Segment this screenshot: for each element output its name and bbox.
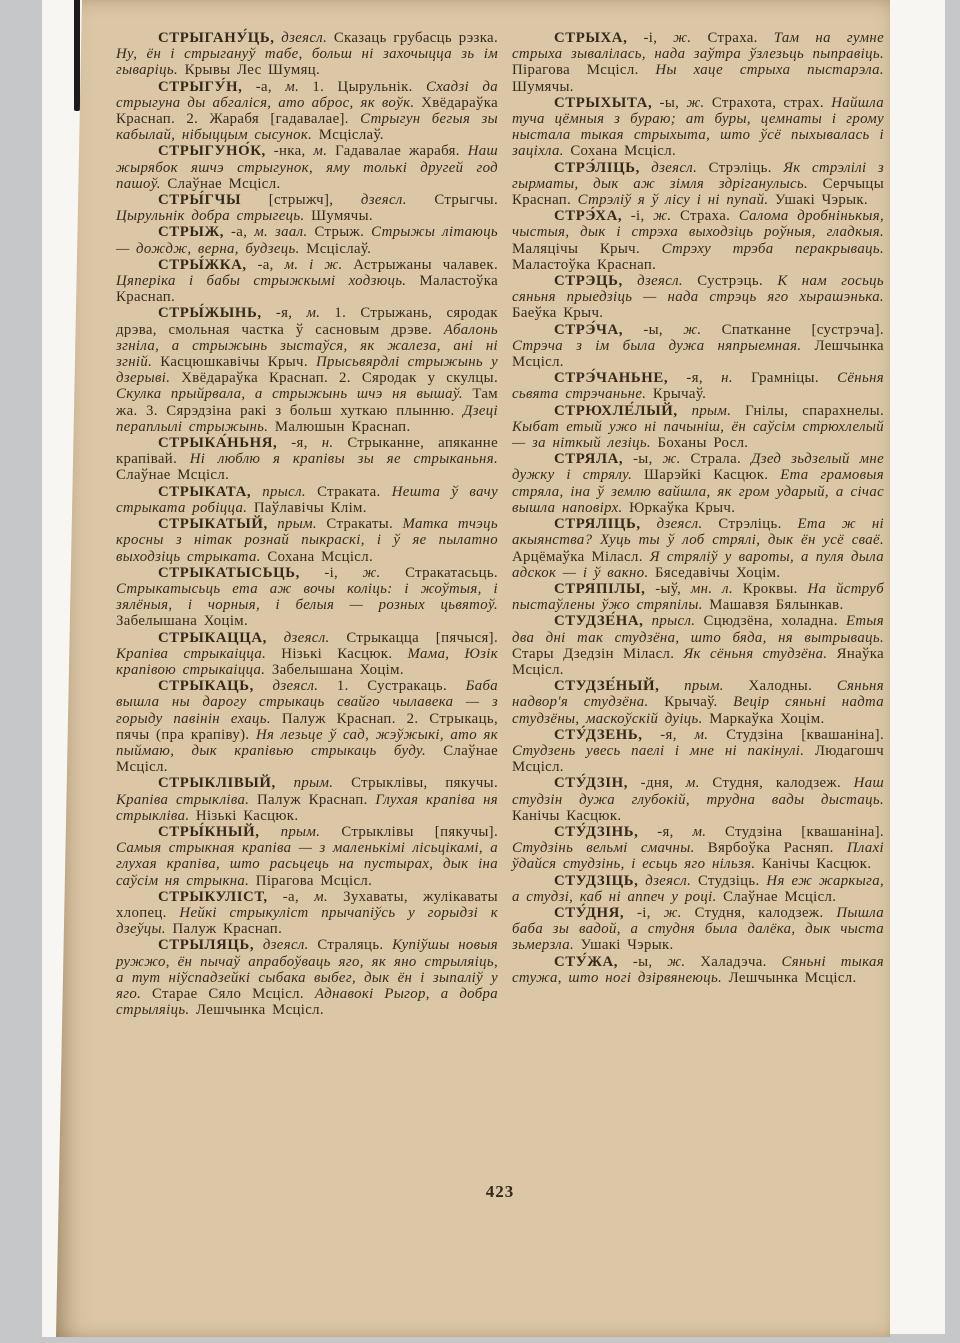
- entry-headword: СТРЫГУНО́К,: [158, 143, 266, 159]
- dictionary-entry: СТРЮХЛЕ́ЛЫЙ, прым. Гнілы, спарахнелы. Кы…: [512, 403, 884, 452]
- entry-run: Сказаць грубасць рэзка.: [327, 30, 498, 46]
- dictionary-entry: СТРЫКЛІВЫЙ, прым. Стрыклівы, пякучы. Кра…: [116, 775, 498, 824]
- entry-run: Мсціслаў.: [312, 127, 384, 143]
- dictionary-entry: СТРЭ́ЛІЦЬ, дзеясл. Стрэліць. Як стрэлілі…: [512, 160, 884, 209]
- entry-run: Страха.: [671, 208, 730, 224]
- entry-run: Ушакі Чэрык.: [768, 192, 868, 208]
- dictionary-column-right: СТРЫХА, -і, ж. Страха. Там на гумне стры…: [512, 30, 884, 986]
- entry-headword: СТУ́ДЗІНЬ,: [554, 824, 638, 840]
- entry-run: Студня, калодзеж.: [682, 905, 824, 921]
- dictionary-entry: СТРЫКА́НЬНЯ, -я, н. Стрыканне, апяканне …: [116, 435, 498, 484]
- entry-headword: СТРЫКАТЫСЬЦЬ,: [158, 565, 300, 581]
- dictionary-entry: СТУ́ДЗЕНЬ, -я, м. Студзіна [квашаніна]. …: [512, 727, 884, 776]
- entry-headword: СТРЫКУЛІСТ,: [158, 889, 268, 905]
- entry-run: Забелышана Хоцім.: [116, 613, 248, 629]
- entry-headword: СТРЫКЛІВЫЙ,: [158, 775, 276, 791]
- entry-run: м. і ж.: [274, 257, 343, 273]
- dictionary-entry: СТРЭ́ЧАНЬНЕ, -я, н. Грамніцы. Сёньня сьв…: [512, 370, 884, 402]
- entry-headword: СТРЫ́ЖКА,: [158, 257, 247, 273]
- spine-shadow-mark: [74, 0, 80, 111]
- entry-run: Спатканне [сустрэча].: [701, 322, 884, 338]
- entry-run: Слаўнае Мсцісл.: [161, 176, 281, 192]
- entry-run: 1. Сустракаць.: [318, 678, 447, 694]
- entry-run: дзеясл.: [254, 937, 309, 953]
- entry-run: Гадавалае жарабя.: [327, 143, 460, 159]
- entry-run: прым.: [268, 516, 317, 532]
- entry-run: Маляцічы Крыч.: [512, 241, 640, 257]
- entry-run: Студзіна [квашаніна].: [706, 824, 884, 840]
- dictionary-entry: СТУДЗЕ́НА, прысл. Сцюдзёна, холадна. Еты…: [512, 613, 884, 678]
- entry-run: -я,: [668, 370, 703, 386]
- entry-run: ж.: [663, 322, 701, 338]
- entry-run: Баеўка Крыч.: [512, 305, 603, 321]
- entry-run: м.: [674, 824, 707, 840]
- entry-run: -я,: [638, 824, 673, 840]
- entry-run: Стрэліць.: [697, 160, 772, 176]
- scanned-book-photo: СТРЫГАНУ́ЦЬ, дзеясл. Сказаць грубасць рэ…: [0, 0, 960, 1343]
- entry-run: м. заал.: [247, 224, 307, 240]
- entry-run: мн. л.: [681, 581, 733, 597]
- entry-headword: СТУДЗЕ́НЫЙ,: [554, 678, 659, 694]
- entry-headword: СТРЫХА,: [554, 30, 627, 46]
- entry-run: Палуж Краснап.: [249, 792, 367, 808]
- dictionary-entry: СТРЫГАНУ́ЦЬ, дзеясл. Сказаць грубасць рэ…: [116, 30, 498, 79]
- entry-headword: СТРЫКАЦЬ,: [158, 678, 254, 694]
- entry-run: прысл.: [251, 484, 306, 500]
- entry-run: Паўлавічы Клім.: [247, 500, 367, 516]
- dictionary-entry: СТУ́ДЗІН, -дня, м. Студня, калодзеж. Наш…: [512, 775, 884, 824]
- entry-headword: СТУДЗЕ́НА,: [554, 613, 643, 629]
- entry-headword: СТРЭЦЬ,: [554, 273, 623, 289]
- dictionary-entry: СТРЯЛА, -ы, ж. Страла. Дзед зьдзелый мне…: [512, 451, 884, 516]
- entry-run: -я,: [262, 305, 293, 321]
- entry-run: -а,: [247, 257, 274, 273]
- entry-headword: СТУ́ДЗІН,: [554, 775, 628, 791]
- dictionary-entry: СТРЫКАЦЦА, дзеясл. Стрыкацца [пячыся]. К…: [116, 630, 498, 679]
- entry-run: Страляць.: [309, 937, 384, 953]
- entry-run: Страхота, страх.: [705, 95, 824, 111]
- entry-headword: СТРЫГАНУ́ЦЬ,: [158, 30, 275, 46]
- entry-run: Мсціслаў.: [300, 241, 372, 257]
- entry-run: Стрыкатысьць ета аж вочы коліць: і жоўты…: [116, 581, 498, 613]
- dictionary-entry: СТРЭ́ХА, -і, ж. Страха. Салома дробніньк…: [512, 208, 884, 273]
- entry-run: -я,: [643, 727, 677, 743]
- entry-run: -я,: [277, 435, 307, 451]
- entry-run: Юркаўка Крыч.: [623, 500, 736, 516]
- entry-run: дзеясл.: [640, 160, 697, 176]
- dictionary-entry: СТРЭ́ЧА, -ы, ж. Спатканне [сустрэча]. Ст…: [512, 322, 884, 371]
- entry-run: Маркаўка Хоцім.: [703, 711, 825, 727]
- entry-run: прым.: [260, 824, 321, 840]
- entry-headword: СТРЫХЫТА,: [554, 95, 652, 111]
- entry-run: Крывы Лес Шумяц.: [178, 62, 320, 78]
- entry-run: Страха.: [691, 30, 757, 46]
- dictionary-entry: СТРЫКАТЫЙ, прым. Стракаты. Матка тчэць к…: [116, 516, 498, 565]
- entry-run: [стрыжч],: [241, 192, 333, 208]
- entry-run: дзеясл.: [267, 630, 330, 646]
- entry-headword: СТРЫ́КНЫЙ,: [158, 824, 260, 840]
- entry-run: -і,: [624, 905, 651, 921]
- entry-run: ж.: [651, 905, 682, 921]
- entry-run: Страката.: [306, 484, 381, 500]
- entry-run: -ы,: [623, 451, 653, 467]
- entry-run: дзеясл.: [254, 678, 318, 694]
- dictionary-entry: СТРЫ́КНЫЙ, прым. Стрыклівы [пякучы]. Сам…: [116, 824, 498, 889]
- entry-run: Шумячы.: [305, 208, 373, 224]
- entry-headword: СТРЭ́ЧА,: [554, 322, 623, 338]
- entry-run: Стрыкацца [пячыся].: [330, 630, 498, 646]
- entry-run: Стрыж.: [308, 224, 365, 240]
- entry-run: Ні люблю я крапівы зы яе стрыканьня.: [177, 451, 498, 467]
- entry-run: м.: [677, 727, 709, 743]
- entry-headword: СТРЫЛЯЦЬ,: [158, 937, 254, 953]
- entry-headword: СТРЫ́ГЧЫ: [158, 192, 241, 208]
- entry-run: -і,: [622, 208, 644, 224]
- entry-run: дзеясл.: [333, 192, 406, 208]
- entry-run: -а,: [242, 79, 272, 95]
- entry-run: Халодны.: [724, 678, 812, 694]
- entry-run: Астрыжаны чалавек.: [343, 257, 498, 273]
- entry-run: м.: [299, 889, 328, 905]
- entry-run: Сцюдзёна, холадна.: [695, 613, 837, 629]
- entry-run: Хвёдараўка Краснап. 2. Сяродак у скулцы.: [170, 370, 498, 386]
- entry-run: Лешчынка Мсцісл.: [722, 970, 856, 986]
- entry-headword: СТРЭ́ХА,: [554, 208, 622, 224]
- dictionary-entry: СТРЫ́ГЧЫ [стрыжч], дзеясл. Стрыгчы. Цыру…: [116, 192, 498, 224]
- dictionary-entry: СТРЫКАТЫСЬЦЬ, -і, ж. Стракатасьць. Стрык…: [116, 565, 498, 630]
- dictionary-entry: СТРЫГУНО́К, -нка, м. Гадавалае жарабя. Н…: [116, 143, 498, 192]
- entry-run: дзеясл.: [641, 516, 703, 532]
- entry-run: Крычаў.: [649, 694, 718, 710]
- entry-run: м.: [272, 79, 299, 95]
- entry-run: -ы,: [652, 95, 679, 111]
- entry-run: Канічы Касцюк.: [755, 856, 871, 872]
- entry-run: Сохана Мсцісл.: [564, 143, 676, 159]
- entry-run: Старае Сяло Мсцісл.: [141, 986, 304, 1002]
- entry-run: Шарэйкі Касцюк.: [632, 467, 768, 483]
- entry-run: Маластоўка Краснап.: [512, 257, 656, 273]
- entry-run: Машавзя Бялынкав.: [703, 597, 844, 613]
- entry-run: Бяседавічы Хоцім.: [649, 565, 781, 581]
- entry-run: Сустрэць.: [683, 273, 763, 289]
- entry-headword: СТРЯЛА,: [554, 451, 623, 467]
- entry-run: ж.: [657, 30, 691, 46]
- entry-run: Крапіва стрыкаіцца.: [116, 646, 266, 662]
- entry-run: Кроквы.: [733, 581, 798, 597]
- entry-run: Стракаты.: [317, 516, 393, 532]
- entry-run: -ы,: [618, 954, 652, 970]
- page-number: 423: [116, 1182, 884, 1202]
- dictionary-entry: СТРЫЖ, -а, м. заал. Стрыж. Стрыжы літаюц…: [116, 224, 498, 256]
- entry-run: Боханы Росл.: [651, 435, 748, 451]
- entry-run: 1. Цырульнік.: [299, 79, 413, 95]
- entry-run: -а,: [224, 224, 247, 240]
- entry-run: Цырульнік добра стрыгець.: [116, 208, 305, 224]
- dictionary-entry: СТРЫ́ЖКА, -а, м. і ж. Астрыжаны чалавек.…: [116, 257, 498, 306]
- entry-run: Забелышана Хоцім.: [265, 662, 404, 678]
- entry-headword: СТРЭ́ЛІЦЬ,: [554, 160, 640, 176]
- entry-run: Слаўнае Мсцісл.: [717, 889, 837, 905]
- entry-run: Студзіць.: [691, 873, 759, 889]
- entry-run: Крапіва стрыкліва.: [116, 792, 249, 808]
- entry-run: Гнілы, спарахнелы.: [731, 403, 884, 419]
- entry-headword: СТРЫКАТЫЙ,: [158, 516, 268, 532]
- entry-run: прым.: [659, 678, 723, 694]
- entry-run: Як сёньня студзёна.: [674, 646, 827, 662]
- entry-headword: СТРЫКАЦЦА,: [158, 630, 267, 646]
- entry-headword: СТУ́ЖА,: [554, 954, 618, 970]
- entry-run: Касцюшкавічы Крыч.: [152, 354, 308, 370]
- dictionary-entry: СТУДЗЕ́НЫЙ, прым. Халодны. Сяньня надвор…: [512, 678, 884, 727]
- entry-run: Канічы Касцюк.: [512, 808, 621, 824]
- dictionary-entry: СТРЫХЫТА, -ы, ж. Страхота, страх. Найшла…: [512, 95, 884, 160]
- dictionary-entry: СТРЯПІЛЫ, -ыў, мн. л. Кроквы. На йструб …: [512, 581, 884, 613]
- entry-run: -дня,: [628, 775, 673, 791]
- entry-run: Цяперіка і бабы стрыжкымі ходзюць.: [116, 273, 406, 289]
- entry-run: Стары Дзедзін Міласл.: [512, 646, 674, 662]
- entry-run: м.: [292, 305, 320, 321]
- entry-run: ж.: [645, 208, 672, 224]
- entry-run: м.: [673, 775, 699, 791]
- entry-run: Пірагова Мсцісл.: [249, 873, 372, 889]
- entry-run: Сохана Мсцісл.: [261, 549, 373, 565]
- two-column-layout: СТРЫГАНУ́ЦЬ, дзеясл. Сказаць грубасць рэ…: [116, 30, 884, 1018]
- entry-headword: СТУДЗІЦЬ,: [554, 873, 638, 889]
- entry-run: Студзень увесь паелі і мне ні пакінулі.: [512, 743, 804, 759]
- dictionary-text-block: СТРЫГАНУ́ЦЬ, дзеясл. Сказаць грубасць рэ…: [116, 30, 884, 1018]
- entry-run: прым.: [276, 775, 333, 791]
- entry-run: -ыў,: [645, 581, 681, 597]
- entry-headword: СТРЫЖ,: [158, 224, 224, 240]
- dictionary-entry: СТУ́ДЗІНЬ, -я, м. Студзіна [квашаніна]. …: [512, 824, 884, 873]
- entry-run: Стрэліць.: [703, 516, 782, 532]
- dictionary-entry: СТРЫКАЦЬ, дзеясл. 1. Сустракаць. Баба вы…: [116, 678, 498, 775]
- entry-run: м.: [306, 143, 328, 159]
- entry-run: -і,: [300, 565, 338, 581]
- entry-run: дзеясл.: [638, 873, 691, 889]
- entry-run: Вярбоўка Расняп.: [695, 840, 834, 856]
- entry-run: Ушакі Чэрык.: [574, 937, 674, 953]
- entry-run: ж.: [653, 451, 681, 467]
- entry-headword: СТРЯЛІЦЬ,: [554, 516, 641, 532]
- entry-run: -нка,: [266, 143, 306, 159]
- dictionary-entry: СТРЫГУ́Н, -а, м. 1. Цырульнік. Схадзі да…: [116, 79, 498, 144]
- entry-run: Стрыгчы.: [407, 192, 498, 208]
- dictionary-entry: СТУ́ЖА, -ы, ж. Халадэча. Сяньні тыкая ст…: [512, 954, 884, 986]
- entry-run: Нізькі Касцюк.: [266, 646, 392, 662]
- entry-run: Арцёмаўка Міласл.: [512, 549, 643, 565]
- entry-run: ж.: [652, 954, 685, 970]
- entry-run: Лешчынка Мсцісл.: [189, 1002, 323, 1018]
- entry-headword: СТРЫГУ́Н,: [158, 79, 242, 95]
- entry-run: Стрэча з ім была дужа няпрыемная.: [512, 338, 801, 354]
- entry-run: Малюшын Краснап.: [268, 419, 410, 435]
- entry-run: Стракатасьць.: [381, 565, 498, 581]
- dictionary-column-left: СТРЫГАНУ́ЦЬ, дзеясл. Сказаць грубасць рэ…: [116, 30, 498, 1018]
- entry-headword: СТРЫКА́НЬНЯ,: [158, 435, 277, 451]
- entry-run: Грамніцы.: [733, 370, 819, 386]
- entry-run: Ны хаце стрыха пыстарэла.: [639, 62, 884, 78]
- entry-run: Халадэча.: [685, 954, 766, 970]
- entry-run: Студзінь вельмі смачны.: [512, 840, 695, 856]
- entry-run: дзеясл.: [275, 30, 328, 46]
- entry-run: прым.: [678, 403, 732, 419]
- dictionary-entry: СТУДЗІЦЬ, дзеясл. Студзіць. Ня еж жаркыг…: [512, 873, 884, 905]
- dictionary-entry: СТРЫХА, -і, ж. Страха. Там на гумне стры…: [512, 30, 884, 95]
- entry-run: Стрыклівы, пякучы.: [333, 775, 498, 791]
- adjacent-page-edge-right: [884, 0, 945, 1334]
- dictionary-entry: СТРЫЛЯЦЬ, дзеясл. Страляць. Купіўшы новы…: [116, 937, 498, 1018]
- entry-run: Слаўнае Мсцісл.: [116, 467, 229, 483]
- entry-run: Стрэліў я ў лісу і ні пупай.: [571, 192, 768, 208]
- dictionary-entry: СТУ́ДНЯ, -і, ж. Студня, калодзеж. Пышла …: [512, 905, 884, 954]
- entry-run: Скулка прыйрвала, а стрыжынь шчэ ня выша…: [116, 386, 463, 402]
- entry-run: прысл.: [643, 613, 695, 629]
- entry-run: Шумячы.: [512, 79, 574, 95]
- book-page: СТРЫГАНУ́ЦЬ, дзеясл. Сказаць грубасць рэ…: [56, 0, 890, 1337]
- dictionary-entry: СТРЫ́ЖЫНЬ, -я, м. 1. Стрыжань, сяродак д…: [116, 305, 498, 435]
- entry-headword: СТРЫКАТА,: [158, 484, 251, 500]
- entry-headword: СТРЫ́ЖЫНЬ,: [158, 305, 262, 321]
- entry-run: ж.: [679, 95, 704, 111]
- entry-run: Крычаў.: [646, 386, 706, 402]
- dictionary-entry: СТРЯЛІЦЬ, дзеясл. Стрэліць. Ета ж ні акы…: [512, 516, 884, 581]
- entry-headword: СТУ́ДНЯ,: [554, 905, 624, 921]
- entry-run: -ы,: [623, 322, 663, 338]
- entry-run: Студня, калодзеж.: [700, 775, 841, 791]
- dictionary-entry: СТРЭЦЬ, дзеясл. Сустрэць. К нам госьць с…: [512, 273, 884, 322]
- entry-headword: СТРЮХЛЕ́ЛЫЙ,: [554, 403, 678, 419]
- entry-run: Студзіна [квашаніна].: [708, 727, 884, 743]
- entry-headword: СТРЭ́ЧАНЬНЕ,: [554, 370, 668, 386]
- entry-run: Страла.: [681, 451, 741, 467]
- entry-run: н.: [308, 435, 334, 451]
- entry-run: -і,: [627, 30, 657, 46]
- entry-run: Пірагова Мсцісл.: [512, 62, 639, 78]
- entry-run: Палуж Краснап.: [166, 921, 282, 937]
- entry-run: Нізькі Касцюк.: [189, 808, 298, 824]
- entry-run: н.: [703, 370, 733, 386]
- entry-run: дзеясл.: [623, 273, 683, 289]
- dictionary-entry: СТРЫКУЛІСТ, -а, м. Зухаваты, жулікаваты …: [116, 889, 498, 938]
- entry-headword: СТУ́ДЗЕНЬ,: [554, 727, 643, 743]
- dictionary-entry: СТРЫКАТА, прысл. Страката. Нешта ў вачу …: [116, 484, 498, 516]
- entry-run: ж.: [338, 565, 381, 581]
- entry-run: Стрэху трэба перакрываць.: [640, 241, 884, 257]
- entry-run: Стрыклівы [пякучы].: [320, 824, 498, 840]
- entry-run: -а,: [268, 889, 299, 905]
- entry-headword: СТРЯПІЛЫ,: [554, 581, 645, 597]
